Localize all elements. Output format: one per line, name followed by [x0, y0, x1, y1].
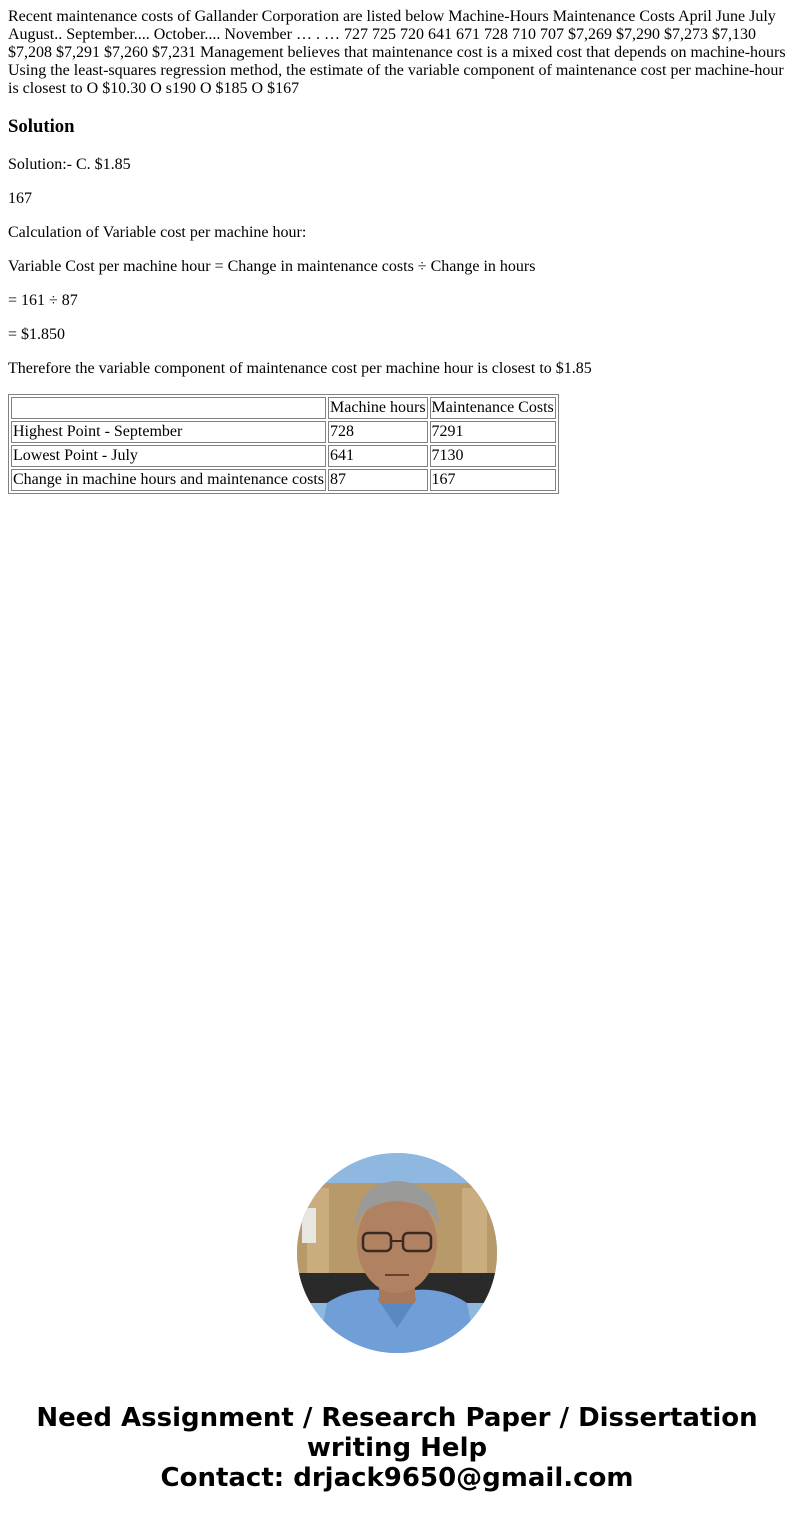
formula-substitution: = 161 ÷ 87	[8, 292, 786, 310]
contact-banner: Need Assignment / Research Paper / Disse…	[0, 1403, 794, 1493]
table-cell: Lowest Point - July	[11, 445, 326, 467]
formula-result: = $1.850	[8, 326, 786, 344]
solution-answer: Solution:- C. $1.85	[8, 156, 786, 174]
table-header-cell	[11, 397, 326, 419]
table-cell: 641	[328, 445, 428, 467]
document-body: Recent maintenance costs of Gallander Co…	[0, 0, 794, 494]
question-text: Recent maintenance costs of Gallander Co…	[8, 8, 786, 98]
table-cell: 728	[328, 421, 428, 443]
table-cell: Highest Point - September	[11, 421, 326, 443]
table-header-cell: Maintenance Costs	[430, 397, 556, 419]
table-cell: Change in machine hours and maintenance …	[11, 469, 326, 491]
portrait-icon	[297, 1153, 497, 1353]
table-row: Highest Point - September 728 7291	[11, 421, 556, 443]
contact-email: Contact: drjack9650@gmail.com	[0, 1463, 794, 1493]
formula-line: Variable Cost per machine hour = Change …	[8, 258, 786, 276]
table-cell: 7130	[430, 445, 556, 467]
conclusion: Therefore the variable component of main…	[8, 360, 786, 378]
table-row: Lowest Point - July 641 7130	[11, 445, 556, 467]
table-cell: 7291	[430, 421, 556, 443]
high-low-table: Machine hours Maintenance Costs Highest …	[8, 394, 559, 494]
solution-heading: Solution	[8, 116, 786, 138]
calculation-title: Calculation of Variable cost per machine…	[8, 224, 786, 242]
table-row: Change in machine hours and maintenance …	[11, 469, 556, 491]
banner-line-2: writing Help	[0, 1433, 794, 1463]
table-header-row: Machine hours Maintenance Costs	[11, 397, 556, 419]
avatar	[297, 1153, 497, 1353]
solution-value: 167	[8, 190, 786, 208]
table-cell: 87	[328, 469, 428, 491]
banner-line-1: Need Assignment / Research Paper / Disse…	[0, 1403, 794, 1433]
table-cell: 167	[430, 469, 556, 491]
table-header-cell: Machine hours	[328, 397, 428, 419]
